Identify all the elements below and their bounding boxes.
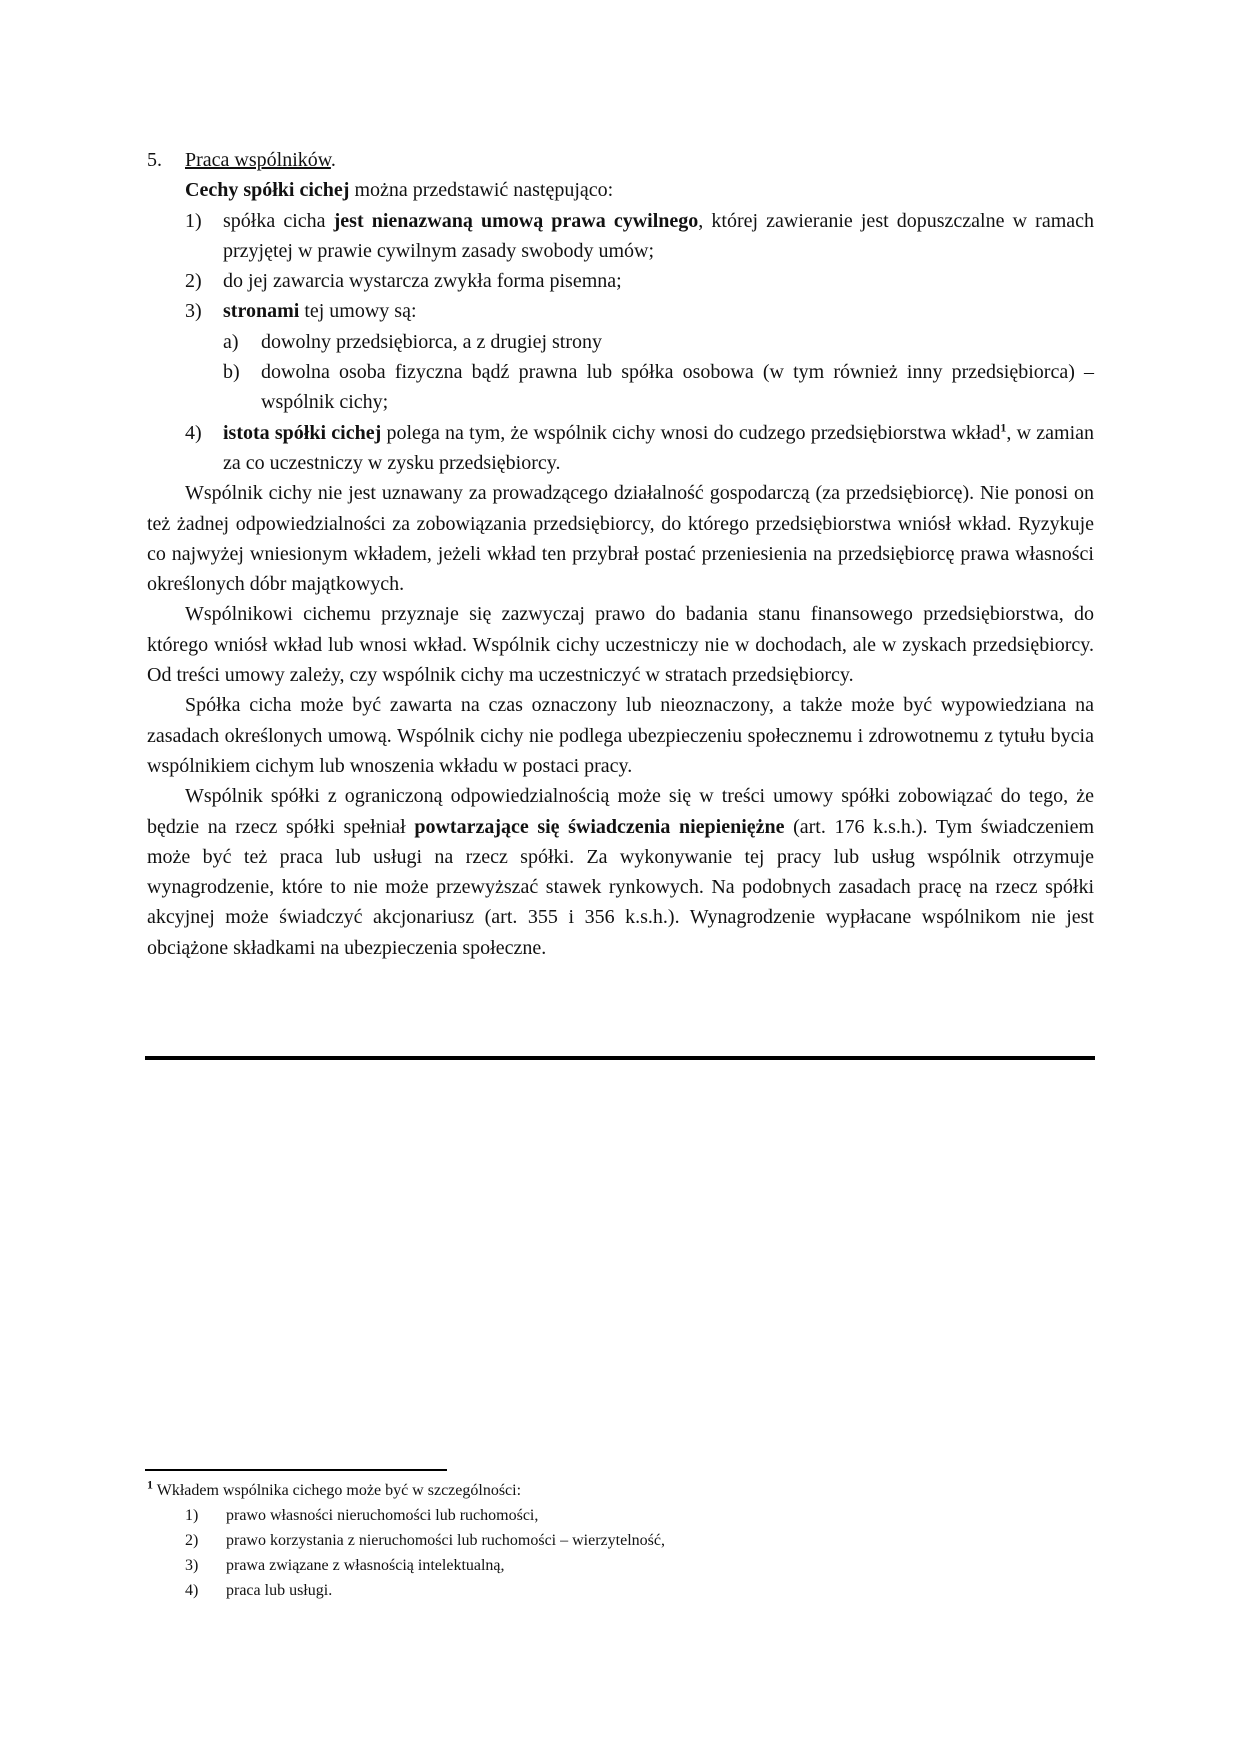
footnote-item: 3)prawa związane z własnością intelektua… (147, 1553, 947, 1578)
footnote-item-text: prawo korzystania z nieruchomości lub ru… (185, 1528, 947, 1553)
text-run: do jej zawarcia wystarcza zwykła forma p… (223, 270, 622, 292)
feature-label: 3) (185, 296, 223, 326)
bold-text: istota spółki cichej (223, 422, 381, 444)
text-run: tej umowy są: (299, 300, 416, 322)
bold-text: jest nienazwaną umową prawa cywilnego (334, 210, 699, 232)
feature-item: 1)spółka cicha jest nienazwaną umową pra… (147, 206, 1094, 267)
feature-label: 1) (185, 206, 223, 236)
footnote-item-label: 1) (185, 1503, 198, 1528)
subitem-text: dowolny przedsiębiorca, a z drugiej stro… (223, 327, 1094, 357)
subitem-label: a) (223, 327, 261, 357)
feature-text: do jej zawarcia wystarcza zwykła forma p… (185, 266, 1094, 296)
feature-subitem: a)dowolny przedsiębiorca, a z drugiej st… (147, 327, 1094, 357)
footnote-list: 1)prawo własności nieruchomości lub ruch… (147, 1503, 947, 1603)
feature-item: 2)do jej zawarcia wystarcza zwykła forma… (147, 266, 1094, 296)
section-number: 5. (147, 145, 185, 175)
footnote-item-label: 3) (185, 1553, 198, 1578)
subitem-text: dowolna osoba fizyczna bądź prawna lub s… (223, 357, 1094, 418)
body-paragraphs: Wspólnik cichy nie jest uznawany za prow… (147, 478, 1094, 963)
bold-text: stronami (223, 300, 299, 322)
document-page: 5.Praca wspólników. Cechy spółki cichej … (0, 0, 1240, 1754)
subitem-label: b) (223, 357, 261, 387)
feature-text: istota spółki cichej polega na tym, że w… (185, 418, 1094, 479)
text-run: spółka cicha (223, 210, 334, 232)
feature-text: stronami tej umowy są: (185, 296, 1094, 326)
text-run: Spółka cicha może być zawarta na czas oz… (147, 694, 1094, 777)
footnote-item: 1)prawo własności nieruchomości lub ruch… (147, 1503, 947, 1528)
footnote-item-label: 4) (185, 1578, 198, 1603)
paragraph: Spółka cicha może być zawarta na czas oz… (147, 690, 1094, 781)
paragraph: Wspólnik cichy nie jest uznawany za prow… (147, 478, 1094, 599)
text-run: Wspólnik cichy nie jest uznawany za prow… (147, 482, 1094, 595)
footnote-item-label: 2) (185, 1528, 198, 1553)
section-title: Praca wspólników (185, 149, 331, 171)
footnotes: 1 Wkładem wspólnika cichego może być w s… (147, 1478, 947, 1603)
section-divider (145, 1056, 1095, 1060)
feature-item: 4)istota spółki cichej polega na tym, że… (147, 418, 1094, 479)
paragraph: Wspólnikowi cichemu przyznaje się zazwyc… (147, 599, 1094, 690)
feature-label: 2) (185, 266, 223, 296)
features-list: 1)spółka cicha jest nienazwaną umową pra… (147, 206, 1094, 479)
footnote-item: 4)praca lub usługi. (147, 1578, 947, 1603)
main-content: 5.Praca wspólników. Cechy spółki cichej … (147, 145, 1094, 963)
feature-subitem: b)dowolna osoba fizyczna bądź prawna lub… (147, 357, 1094, 418)
text-run: polega na tym, że wspólnik cichy wnosi d… (381, 422, 1000, 444)
intro-line: Cechy spółki cichej można przedstawić na… (147, 175, 1094, 205)
paragraph: Wspólnik spółki z ograniczoną odpowiedzi… (147, 781, 1094, 963)
feature-item: 3)stronami tej umowy są: (147, 296, 1094, 326)
feature-text: spółka cicha jest nienazwaną umową prawa… (185, 206, 1094, 267)
footnote-separator (145, 1469, 447, 1471)
footnote-item-text: prawa związane z własnością intelektualn… (185, 1553, 947, 1578)
footnote-item: 2)prawo korzystania z nieruchomości lub … (147, 1528, 947, 1553)
section-heading: 5.Praca wspólników. (147, 145, 1094, 175)
intro-rest: można przedstawić następująco: (349, 179, 613, 201)
intro-bold: Cechy spółki cichej (185, 179, 349, 201)
footnote-item-text: prawo własności nieruchomości lub ruchom… (185, 1503, 947, 1528)
feature-label: 4) (185, 418, 223, 448)
footnote-intro: 1 Wkładem wspólnika cichego może być w s… (147, 1478, 947, 1503)
footnote-item-text: praca lub usługi. (185, 1578, 947, 1603)
bold-text: powtarzające się świadczenia niepieniężn… (414, 816, 784, 838)
text-run: Wspólnikowi cichemu przyznaje się zazwyc… (147, 603, 1094, 686)
